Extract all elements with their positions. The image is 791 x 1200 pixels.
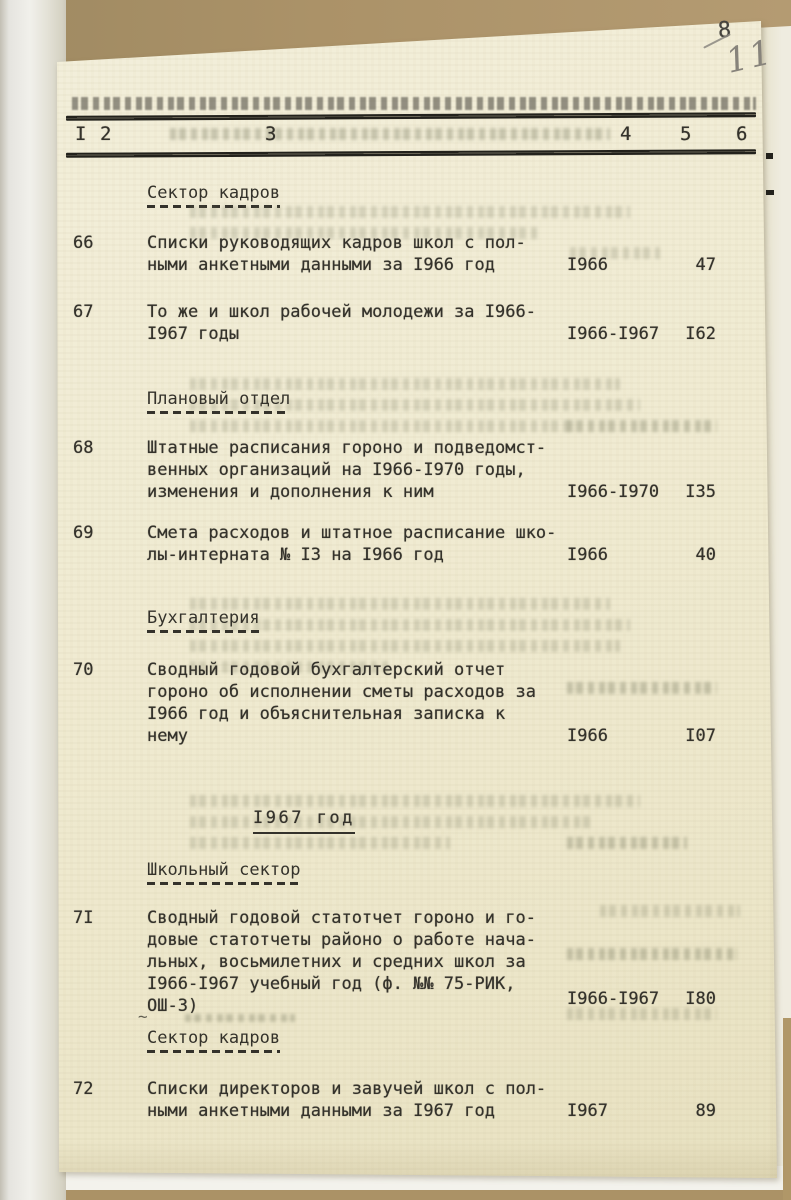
column-header-6: 6: [736, 123, 747, 145]
section-heading-label: Сектор кадров: [147, 1027, 280, 1057]
bleed-through-line: [567, 682, 717, 694]
ink-mark: [766, 153, 773, 159]
column-header-1: I: [75, 123, 86, 145]
entry-number: 7I: [73, 907, 93, 929]
typed-correction-mark: ~: [138, 1006, 148, 1028]
bleed-through-line: [567, 420, 717, 432]
entry-sheet-count: 89: [640, 1100, 716, 1122]
bleed-through-line: [190, 206, 630, 218]
entry-year: I967: [567, 1100, 608, 1122]
section-heading-personnel-2: Сектор кадров: [147, 1027, 280, 1057]
column-header-5: 5: [680, 123, 691, 145]
entry-sheet-count: I35: [640, 481, 716, 503]
section-heading-label: Бухгалтерия: [147, 607, 260, 637]
entry-number: 68: [73, 437, 93, 459]
entry-description: Списки руководящих кадров школ с пол- ны…: [147, 232, 526, 276]
entry-number: 72: [73, 1078, 93, 1100]
entry-number: 69: [73, 522, 93, 544]
section-heading-label: Плановый отдел: [147, 388, 290, 418]
entry-sheet-count: I62: [640, 323, 716, 345]
entry-description: Штатные расписания гороно и подведомст- …: [147, 437, 546, 503]
entry-number: 70: [73, 659, 93, 681]
table-rule-bottom: [66, 149, 756, 158]
entry-year: I966: [567, 725, 608, 747]
year-divider: I967 год: [253, 807, 355, 834]
bleed-through-line: [600, 905, 740, 917]
entry-description: Списки директоров и завучей школ с пол- …: [147, 1078, 546, 1122]
handwritten-page-number: 11: [723, 35, 777, 79]
entry-sheet-count: I80: [640, 988, 716, 1010]
section-heading-school: Школьный сектор: [147, 859, 301, 889]
column-header-4: 4: [620, 123, 631, 145]
section-heading-planning: Плановый отдел: [147, 388, 290, 418]
scanned-archive-page: 8 11 I 2 3 4 5 6 Сектор кадров 66 Списки…: [0, 0, 791, 1200]
entry-description: То же и школ рабочей молодежи за I966- I…: [147, 301, 536, 345]
bleed-through-line: [190, 420, 570, 432]
bleed-through-line: [567, 837, 687, 849]
entry-year: I966: [567, 254, 608, 276]
entry-sheet-count: 47: [640, 254, 716, 276]
bleed-through-line: [190, 640, 620, 652]
bleed-through-line: [190, 816, 590, 828]
entry-year: I966: [567, 544, 608, 566]
section-heading-label: Школьный сектор: [147, 859, 301, 889]
table-rule-top: [66, 112, 756, 121]
entry-sheet-count: 40: [640, 544, 716, 566]
entry-description: Сводный годовой статотчет гороно и го- д…: [147, 907, 536, 1017]
bleed-through-line: [190, 837, 450, 849]
bleed-through-line: [190, 795, 640, 807]
bleed-through-line: [170, 128, 610, 140]
column-header-3: 3: [265, 123, 276, 145]
entry-sheet-count: I07: [640, 725, 716, 747]
entry-description: Сводный годовой бухгалтерский отчет горо…: [147, 659, 536, 747]
entry-number: 66: [73, 232, 93, 254]
bleed-through-line: [567, 948, 737, 960]
entry-number: 67: [73, 301, 93, 323]
ink-mark: [766, 190, 774, 195]
section-heading-accounting: Бухгалтерия: [147, 607, 260, 637]
entry-description: Смета расходов и штатное расписание шко-…: [147, 522, 556, 566]
column-header-2: 2: [100, 123, 111, 145]
bleed-through-line: [185, 1014, 295, 1022]
typed-content: 8 11 I 2 3 4 5 6 Сектор кадров 66 Списки…: [0, 0, 791, 1200]
bleed-through-line: [72, 97, 756, 110]
